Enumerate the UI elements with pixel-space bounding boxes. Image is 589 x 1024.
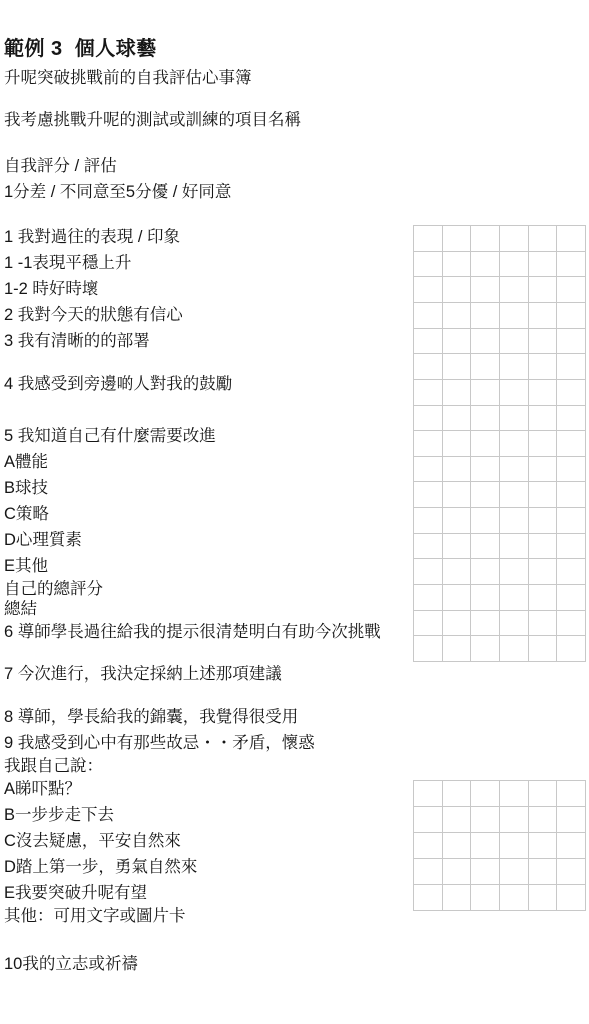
doc-line: 3 我有清晰的的部署	[4, 328, 412, 354]
doc-line: E我要突破升呢有望	[4, 880, 412, 906]
grid-cell[interactable]	[500, 807, 529, 833]
grid-cell[interactable]	[529, 380, 558, 406]
grid-cell[interactable]	[500, 534, 529, 560]
grid-cell[interactable]	[500, 585, 529, 611]
grid-cell[interactable]	[557, 781, 586, 807]
doc-line: 7 今次進行，我決定採納上述那項建議	[4, 661, 412, 687]
grid-cell[interactable]	[500, 329, 529, 355]
grid-cell[interactable]	[557, 859, 586, 885]
grid-cell[interactable]	[414, 833, 443, 859]
grid-cell[interactable]	[529, 859, 558, 885]
grid-cell[interactable]	[500, 508, 529, 534]
grid-cell[interactable]	[557, 482, 586, 508]
doc-spacer	[4, 645, 412, 661]
doc-line: 我跟自己說：	[4, 756, 412, 776]
grid-cell[interactable]	[414, 807, 443, 833]
grid-cell[interactable]	[443, 482, 472, 508]
grid-cell[interactable]	[500, 354, 529, 380]
doc-line: A體能	[4, 449, 412, 475]
grid-cell[interactable]	[500, 303, 529, 329]
grid-cell[interactable]	[443, 807, 472, 833]
grid-cell[interactable]	[471, 431, 500, 457]
grid-cell[interactable]	[414, 329, 443, 355]
grid-cell[interactable]	[443, 636, 472, 662]
grid-cell[interactable]	[529, 833, 558, 859]
grid-cell[interactable]	[529, 611, 558, 637]
grid-cell[interactable]	[557, 252, 586, 278]
grid-cell[interactable]	[414, 559, 443, 585]
doc-line: 1 -1表現平穩上升	[4, 250, 412, 276]
grid-cell[interactable]	[443, 329, 472, 355]
grid-cell[interactable]	[443, 303, 472, 329]
grid-cell[interactable]	[500, 457, 529, 483]
grid-cell[interactable]	[557, 354, 586, 380]
doc-line: B球技	[4, 475, 412, 501]
doc-line: 2 我對今天的狀態有信心	[4, 302, 412, 328]
grid-cell[interactable]	[414, 611, 443, 637]
grid-cell[interactable]	[529, 781, 558, 807]
doc-line: C策略	[4, 501, 412, 527]
grid-cell[interactable]	[557, 885, 586, 911]
doc-line: C沒去疑慮，平安自然來	[4, 828, 412, 854]
doc-line: 1 我對過往的表現 / 印象	[4, 224, 412, 250]
grid-cell[interactable]	[500, 431, 529, 457]
grid-cell[interactable]	[500, 859, 529, 885]
grid-cell[interactable]	[471, 457, 500, 483]
grid-cell[interactable]	[471, 636, 500, 662]
grid-cell[interactable]	[557, 559, 586, 585]
grid-cell[interactable]	[414, 431, 443, 457]
grid-cell[interactable]	[471, 859, 500, 885]
grid-cell[interactable]	[500, 380, 529, 406]
document-page: 範例 3 個人球藝升呢突破挑戰前的自我評估心事簿我考慮挑戰升呢的測試或訓練的項目…	[0, 0, 589, 1024]
grid-cell[interactable]	[529, 636, 558, 662]
doc-line: 1-2 時好時壞	[4, 276, 412, 302]
doc-line: 升呢突破挑戰前的自我評估心事簿	[4, 65, 412, 91]
grid-cell[interactable]	[443, 534, 472, 560]
grid-cell[interactable]	[414, 885, 443, 911]
grid-cell[interactable]	[414, 585, 443, 611]
grid-cell[interactable]	[500, 611, 529, 637]
doc-line: 自我評分 / 評估	[4, 153, 412, 179]
doc-spacer	[4, 91, 412, 107]
grid-cell[interactable]	[557, 508, 586, 534]
grid-cell[interactable]	[471, 277, 500, 303]
grid-cell[interactable]	[414, 226, 443, 252]
grid-cell[interactable]	[471, 354, 500, 380]
grid-cell[interactable]	[500, 482, 529, 508]
grid-cell[interactable]	[529, 329, 558, 355]
grid-cell[interactable]	[471, 833, 500, 859]
grid-cell[interactable]	[557, 380, 586, 406]
grid-cell[interactable]	[557, 277, 586, 303]
grid-cell[interactable]	[529, 585, 558, 611]
document-text-column: 範例 3 個人球藝升呢突破挑戰前的自我評估心事簿我考慮挑戰升呢的測試或訓練的項目…	[4, 33, 412, 977]
doc-line: E其他	[4, 553, 412, 579]
grid-cell[interactable]	[471, 885, 500, 911]
grid-cell[interactable]	[414, 859, 443, 885]
grid-cell[interactable]	[414, 482, 443, 508]
doc-line: B一步步走下去	[4, 802, 412, 828]
grid-cell[interactable]	[529, 534, 558, 560]
grid-cell[interactable]	[471, 252, 500, 278]
grid-cell[interactable]	[557, 585, 586, 611]
doc-line: 8 導師，學長給我的錦囊，我覺得很受用	[4, 704, 412, 730]
doc-line: 1分差 / 不同意至5分優 / 好同意	[4, 179, 412, 205]
doc-line: 其他：可用文字或圖片卡	[4, 906, 412, 926]
grid-cell[interactable]	[443, 585, 472, 611]
grid-cell[interactable]	[443, 508, 472, 534]
doc-line: A睇吓點？	[4, 776, 412, 802]
grid-cell[interactable]	[500, 559, 529, 585]
grid-cell[interactable]	[414, 406, 443, 432]
doc-line: 自己的總評分	[4, 579, 412, 599]
doc-line: 9 我感受到心中有那些故忌・・矛盾，懷惑	[4, 730, 412, 756]
grid-cell[interactable]	[529, 457, 558, 483]
grid-cell[interactable]	[500, 885, 529, 911]
grid-cell[interactable]	[443, 380, 472, 406]
grid-cell[interactable]	[443, 406, 472, 432]
grid-cell[interactable]	[500, 636, 529, 662]
grid-cell[interactable]	[414, 303, 443, 329]
grid-cell[interactable]	[443, 859, 472, 885]
grid-cell[interactable]	[443, 252, 472, 278]
doc-spacer	[4, 687, 412, 704]
grid-cell[interactable]	[529, 885, 558, 911]
grid-cell[interactable]	[529, 406, 558, 432]
grid-cell[interactable]	[443, 781, 472, 807]
grid-cell[interactable]	[471, 807, 500, 833]
grid-cell[interactable]	[529, 807, 558, 833]
rating-grid-top	[413, 225, 586, 662]
grid-cell[interactable]	[557, 329, 586, 355]
grid-cell[interactable]	[557, 303, 586, 329]
grid-cell[interactable]	[471, 508, 500, 534]
doc-line: 4 我感受到旁邊啲人對我的鼓勵	[4, 371, 412, 397]
grid-cell[interactable]	[557, 833, 586, 859]
doc-line: 總結	[4, 599, 412, 619]
grid-cell[interactable]	[557, 431, 586, 457]
grid-cell[interactable]	[500, 252, 529, 278]
grid-cell[interactable]	[529, 559, 558, 585]
grid-cell[interactable]	[557, 636, 586, 662]
grid-cell[interactable]	[471, 226, 500, 252]
grid-cell[interactable]	[529, 303, 558, 329]
grid-cell[interactable]	[471, 329, 500, 355]
doc-title: 範例 3 個人球藝	[4, 33, 412, 65]
grid-cell[interactable]	[471, 559, 500, 585]
grid-cell[interactable]	[443, 833, 472, 859]
grid-cell[interactable]	[557, 457, 586, 483]
grid-cell[interactable]	[414, 636, 443, 662]
grid-cell[interactable]	[500, 226, 529, 252]
rating-grid-bottom	[413, 780, 586, 911]
grid-cell[interactable]	[471, 534, 500, 560]
grid-cell[interactable]	[443, 226, 472, 252]
grid-cell[interactable]	[500, 277, 529, 303]
grid-cell[interactable]	[443, 277, 472, 303]
grid-cell[interactable]	[443, 431, 472, 457]
grid-cell[interactable]	[529, 252, 558, 278]
grid-cell[interactable]	[471, 611, 500, 637]
grid-cell[interactable]	[414, 252, 443, 278]
grid-cell[interactable]	[443, 611, 472, 637]
grid-cell[interactable]	[557, 226, 586, 252]
doc-spacer	[4, 133, 412, 153]
doc-line: 10我的立志或祈禱	[4, 951, 412, 977]
grid-cell[interactable]	[500, 781, 529, 807]
grid-cell[interactable]	[529, 226, 558, 252]
doc-line: 5 我知道自己有什麼需要改進	[4, 423, 412, 449]
grid-cell[interactable]	[443, 885, 472, 911]
grid-cell[interactable]	[471, 380, 500, 406]
grid-cell[interactable]	[557, 611, 586, 637]
doc-line: 我考慮挑戰升呢的測試或訓練的項目名稱	[4, 107, 412, 133]
grid-cell[interactable]	[471, 585, 500, 611]
grid-cell[interactable]	[529, 482, 558, 508]
grid-cell[interactable]	[414, 457, 443, 483]
grid-cell[interactable]	[443, 559, 472, 585]
grid-cell[interactable]	[471, 406, 500, 432]
grid-cell[interactable]	[471, 781, 500, 807]
grid-cell[interactable]	[529, 277, 558, 303]
grid-cell[interactable]	[471, 303, 500, 329]
grid-cell[interactable]	[414, 534, 443, 560]
grid-cell[interactable]	[414, 508, 443, 534]
doc-line: D心理質素	[4, 527, 412, 553]
grid-cell[interactable]	[443, 354, 472, 380]
doc-line: D踏上第一步，勇氣自然來	[4, 854, 412, 880]
grid-cell[interactable]	[443, 457, 472, 483]
grid-cell[interactable]	[557, 406, 586, 432]
doc-spacer	[4, 205, 412, 224]
doc-spacer	[4, 354, 412, 371]
grid-cell[interactable]	[500, 833, 529, 859]
doc-line: 6 導師學長過往給我的提示很清楚明白有助今次挑戰	[4, 619, 412, 645]
grid-cell[interactable]	[471, 482, 500, 508]
grid-cell[interactable]	[529, 354, 558, 380]
grid-cell[interactable]	[529, 508, 558, 534]
grid-cell[interactable]	[557, 807, 586, 833]
grid-cell[interactable]	[414, 277, 443, 303]
grid-cell[interactable]	[500, 406, 529, 432]
grid-cell[interactable]	[529, 431, 558, 457]
doc-spacer	[4, 397, 412, 423]
grid-cell[interactable]	[414, 354, 443, 380]
grid-cell[interactable]	[414, 781, 443, 807]
grid-cell[interactable]	[557, 534, 586, 560]
grid-cell[interactable]	[414, 380, 443, 406]
doc-spacer	[4, 926, 412, 951]
